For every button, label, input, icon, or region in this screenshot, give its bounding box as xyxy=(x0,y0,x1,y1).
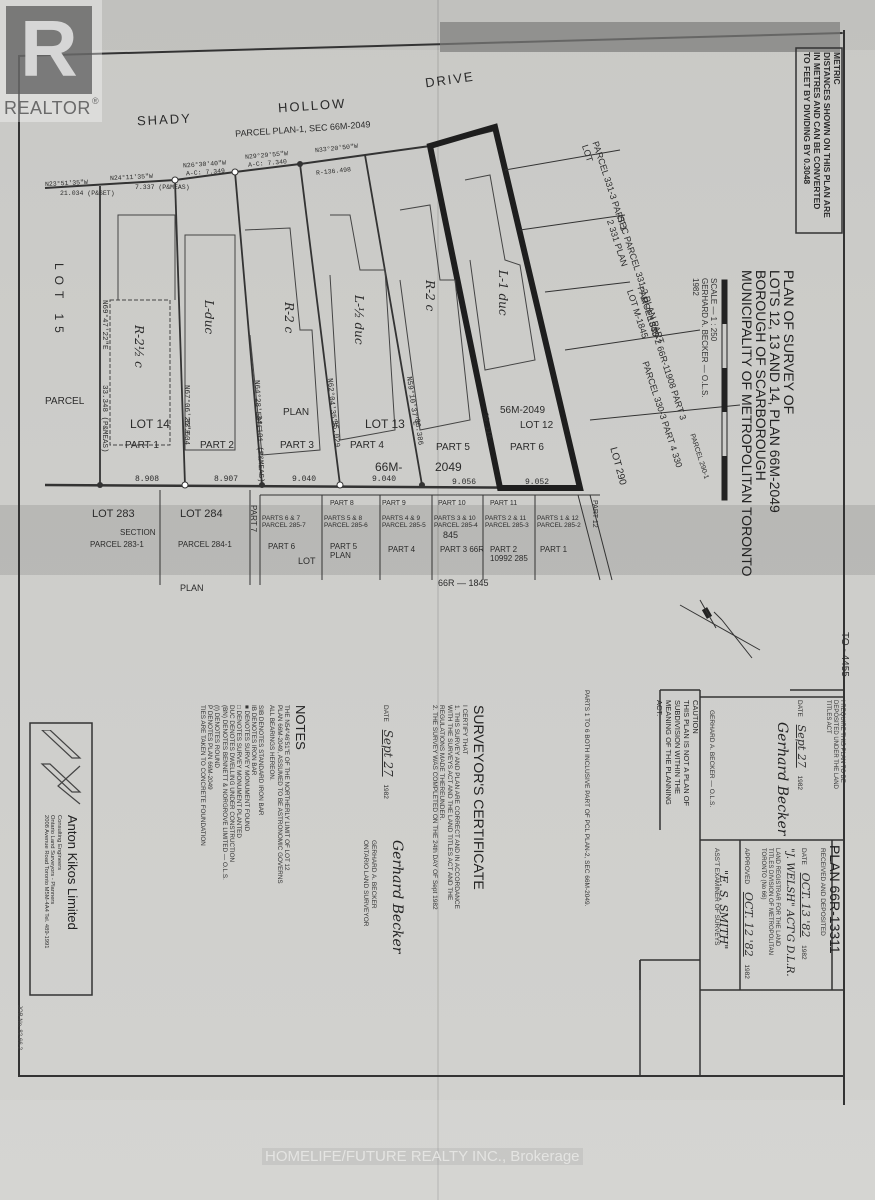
parts-note: PARTS 1 TO 6 BOTH INCLUSIVE PART OF PCL … xyxy=(583,690,590,990)
part-6-label: PART 6 xyxy=(510,442,544,453)
dwelling-label: R-2 c xyxy=(423,280,437,311)
rear-misc-label: PART 7 xyxy=(249,505,258,532)
title-block: PLAN OF SURVEY OF LOTS 12, 13 AND 14, PL… xyxy=(740,270,796,650)
lot-13-label: LOT 13 xyxy=(365,417,405,431)
deposit-signer: GERHARD A. BECKER — O.L.S. xyxy=(708,710,715,850)
part-4-label: PART 4 xyxy=(350,440,384,451)
notes-heading: NOTES xyxy=(293,705,308,825)
deposit-date: Sept 27 xyxy=(795,725,808,768)
front-measure: 7.337 (P&MEAS) xyxy=(135,184,190,191)
bearing-value: N69°47'22"E xyxy=(100,300,108,350)
title-line: PLAN OF SURVEY OF xyxy=(782,270,796,650)
brokerage-watermark: HOMELIFE/FUTURE REALTY INC., Brokerage xyxy=(262,1148,583,1165)
surveyor-text: GERHARD A. BECKER — O.L.S. xyxy=(700,278,709,478)
rear-misc-label: 66R — 1845 xyxy=(438,578,489,588)
approved-row: APPROVED OCT. 12 '82 1982 xyxy=(742,848,755,988)
caution-note: CAUTION THIS PLAN IS NOT A PLAN OF SUBDI… xyxy=(655,700,700,850)
title-line: LOTS 12, 13 AND 14, PLAN 66M-2049 xyxy=(768,270,782,650)
rear-lot-label: LOT 284 xyxy=(180,508,223,520)
frontage-value: 8.907 xyxy=(214,475,238,484)
parcel-label: PARCEL xyxy=(45,396,84,407)
title-line: BOROUGH OF SCARBOROUGH xyxy=(754,270,768,650)
rear-section-label: SECTION xyxy=(120,528,156,537)
frontage-value: 8.908 xyxy=(135,475,159,484)
realtor-logo-icon: R xyxy=(20,14,80,84)
lot-15-label: LOT 15 xyxy=(52,263,66,339)
rear-part-label: PART 6 xyxy=(268,542,295,551)
rear-parcel-detail: PARTS 6 & 7 PARCEL 285-7 xyxy=(262,515,322,529)
rear-plan-label: PLAN xyxy=(180,583,204,593)
plan-number: PLAN 66R-13311 xyxy=(827,845,843,985)
frontage-value: 9.040 xyxy=(292,475,316,484)
part-3-label: PART 3 xyxy=(280,440,314,451)
rear-parcel-detail: PARTS 1 & 12 PARCEL 285-2 xyxy=(537,515,582,529)
bearing-value: N67°06'25"E xyxy=(182,385,190,435)
dwelling-label: L-duc xyxy=(202,300,216,334)
job-number: JOB No. 82-66-2 xyxy=(16,1005,22,1105)
rear-part-label: PART 2 10992 285 xyxy=(490,545,535,563)
approved-date: OCT. 12 '82 xyxy=(742,892,755,957)
received-date-row: DATE OCT. 13 '82 1982 xyxy=(799,848,812,988)
certificate-signature: Gerhard Becker xyxy=(389,840,405,980)
part-5-label: PART 5 xyxy=(436,442,470,453)
firm-details: Consulting Engineers Ontario Land Survey… xyxy=(43,815,63,995)
frontage-value: 9.052 xyxy=(525,478,549,487)
plan-label: PLAN xyxy=(283,407,309,418)
firm-name: Anton Kikos Limited xyxy=(65,815,80,995)
certificate-date-row: DATE Sept 27 1982 xyxy=(381,705,395,845)
plan-number-label-3: 56M-2049 xyxy=(500,405,545,416)
dwelling-label: L-½ duc xyxy=(352,295,366,345)
part-1-label: PART 1 xyxy=(125,440,159,451)
deposit-request: I REQUIRE THIS PLAN TO BE DEPOSITED UNDE… xyxy=(824,700,845,840)
rear-parcel-detail: PARTS 5 & 8 PARCEL 285-6 xyxy=(324,515,380,529)
rear-parcel-label: PARCEL 284-1 xyxy=(178,540,232,549)
rear-part-label: PART 4 xyxy=(388,545,415,554)
survey-plan-document: R REALTOR ® SHADY HOLLOW DRIVE PARCEL PL… xyxy=(0,0,875,1200)
rear-part-label: PART 5 PLAN xyxy=(330,542,380,560)
street-word-1: SHADY xyxy=(137,111,193,129)
rear-part-label: PART 10 xyxy=(438,500,466,507)
rear-misc-label: 845 xyxy=(443,530,458,540)
rear-parcel-label: PARCEL 283-1 xyxy=(90,540,144,549)
reference-number: TO - 4455 xyxy=(839,632,850,677)
plan-number-label-2: 2049 xyxy=(435,460,462,474)
certificate-date: Sept 27 xyxy=(381,730,395,777)
rear-part-label: PART 8 xyxy=(330,500,354,507)
lot-14-label: LOT 14 xyxy=(130,417,170,431)
notes-body: THE N54°46'51"E OF THE NORTHERLY LIMIT O… xyxy=(198,705,290,1035)
certificate-heading: SURVEYOR'S CERTIFICATE xyxy=(471,705,487,915)
received-block: RECEIVED AND DEPOSITED xyxy=(818,848,826,988)
registrar-title: LAND REGISTRAR FOR THE LAND TITLES DIVIS… xyxy=(759,848,780,988)
dwelling-label: L-1 duc xyxy=(496,270,510,316)
rear-misc-label: PART 12 xyxy=(591,500,598,528)
deposit-date-row: DATE Sept 27 1982 xyxy=(795,700,808,840)
plan-number-label: 66M- xyxy=(375,460,402,474)
certificate-signer: GERHARD A. BECKER ONTARIO LAND SURVEYOR xyxy=(362,840,377,980)
rear-part-label: PART 11 xyxy=(490,500,517,507)
certificate-body: I CERTIFY THAT 1. THIS SURVEY AND PLAN A… xyxy=(431,705,469,1025)
realtor-watermark: R REALTOR ® xyxy=(0,0,102,122)
rear-parcel-detail: PARTS 3 & 10 PARCEL 285-4 xyxy=(434,515,484,529)
dwelling-label: R-2 c xyxy=(282,302,296,333)
rear-lot-label: LOT 283 xyxy=(92,508,135,520)
front-measure: 21.034 (P&SET) xyxy=(60,190,115,197)
scale-text: SCALE — 1 : 250 xyxy=(709,278,718,478)
registrar-signature: "J. WELSH" ACT'G D.L.R. xyxy=(784,848,795,988)
part-2-label: PART 2 xyxy=(200,440,234,451)
depth-value: 33.348 (P&MEAS) xyxy=(100,385,108,453)
received-date: OCT. 13 '82 xyxy=(799,873,812,938)
deposit-signature: Gerhard Becker xyxy=(774,722,790,862)
frontage-value: 9.056 xyxy=(452,478,476,487)
rear-misc-label: LOT xyxy=(298,556,316,566)
examiner-title: ASS'T EXAMINER OF SURVEYS xyxy=(713,848,720,988)
rear-part-label: PART 9 xyxy=(382,500,406,507)
metric-note: METRIC DISTANCES SHOWN ON THIS PLAN ARE … xyxy=(802,52,842,232)
bearing-value: N64°28'50"E xyxy=(252,380,262,430)
rear-part-label: PART 3 66R xyxy=(440,545,485,554)
rear-part-label: PART 1 xyxy=(540,545,567,554)
rear-parcel-detail: PARTS 4 & 9 PARCEL 285-5 xyxy=(382,515,432,529)
frontage-value: 9.040 xyxy=(372,475,396,484)
title-line: MUNICIPALITY OF METROPOLITAN TORONTO xyxy=(740,270,754,650)
dwelling-label: R-2½ c xyxy=(132,325,146,368)
rear-parcel-detail: PARTS 2 & 11 PARCEL 285-3 xyxy=(485,515,535,529)
firm-monogram-icon xyxy=(36,730,86,805)
realtor-label: REALTOR xyxy=(4,98,91,119)
lot-12-label: LOT 12 xyxy=(520,420,553,431)
